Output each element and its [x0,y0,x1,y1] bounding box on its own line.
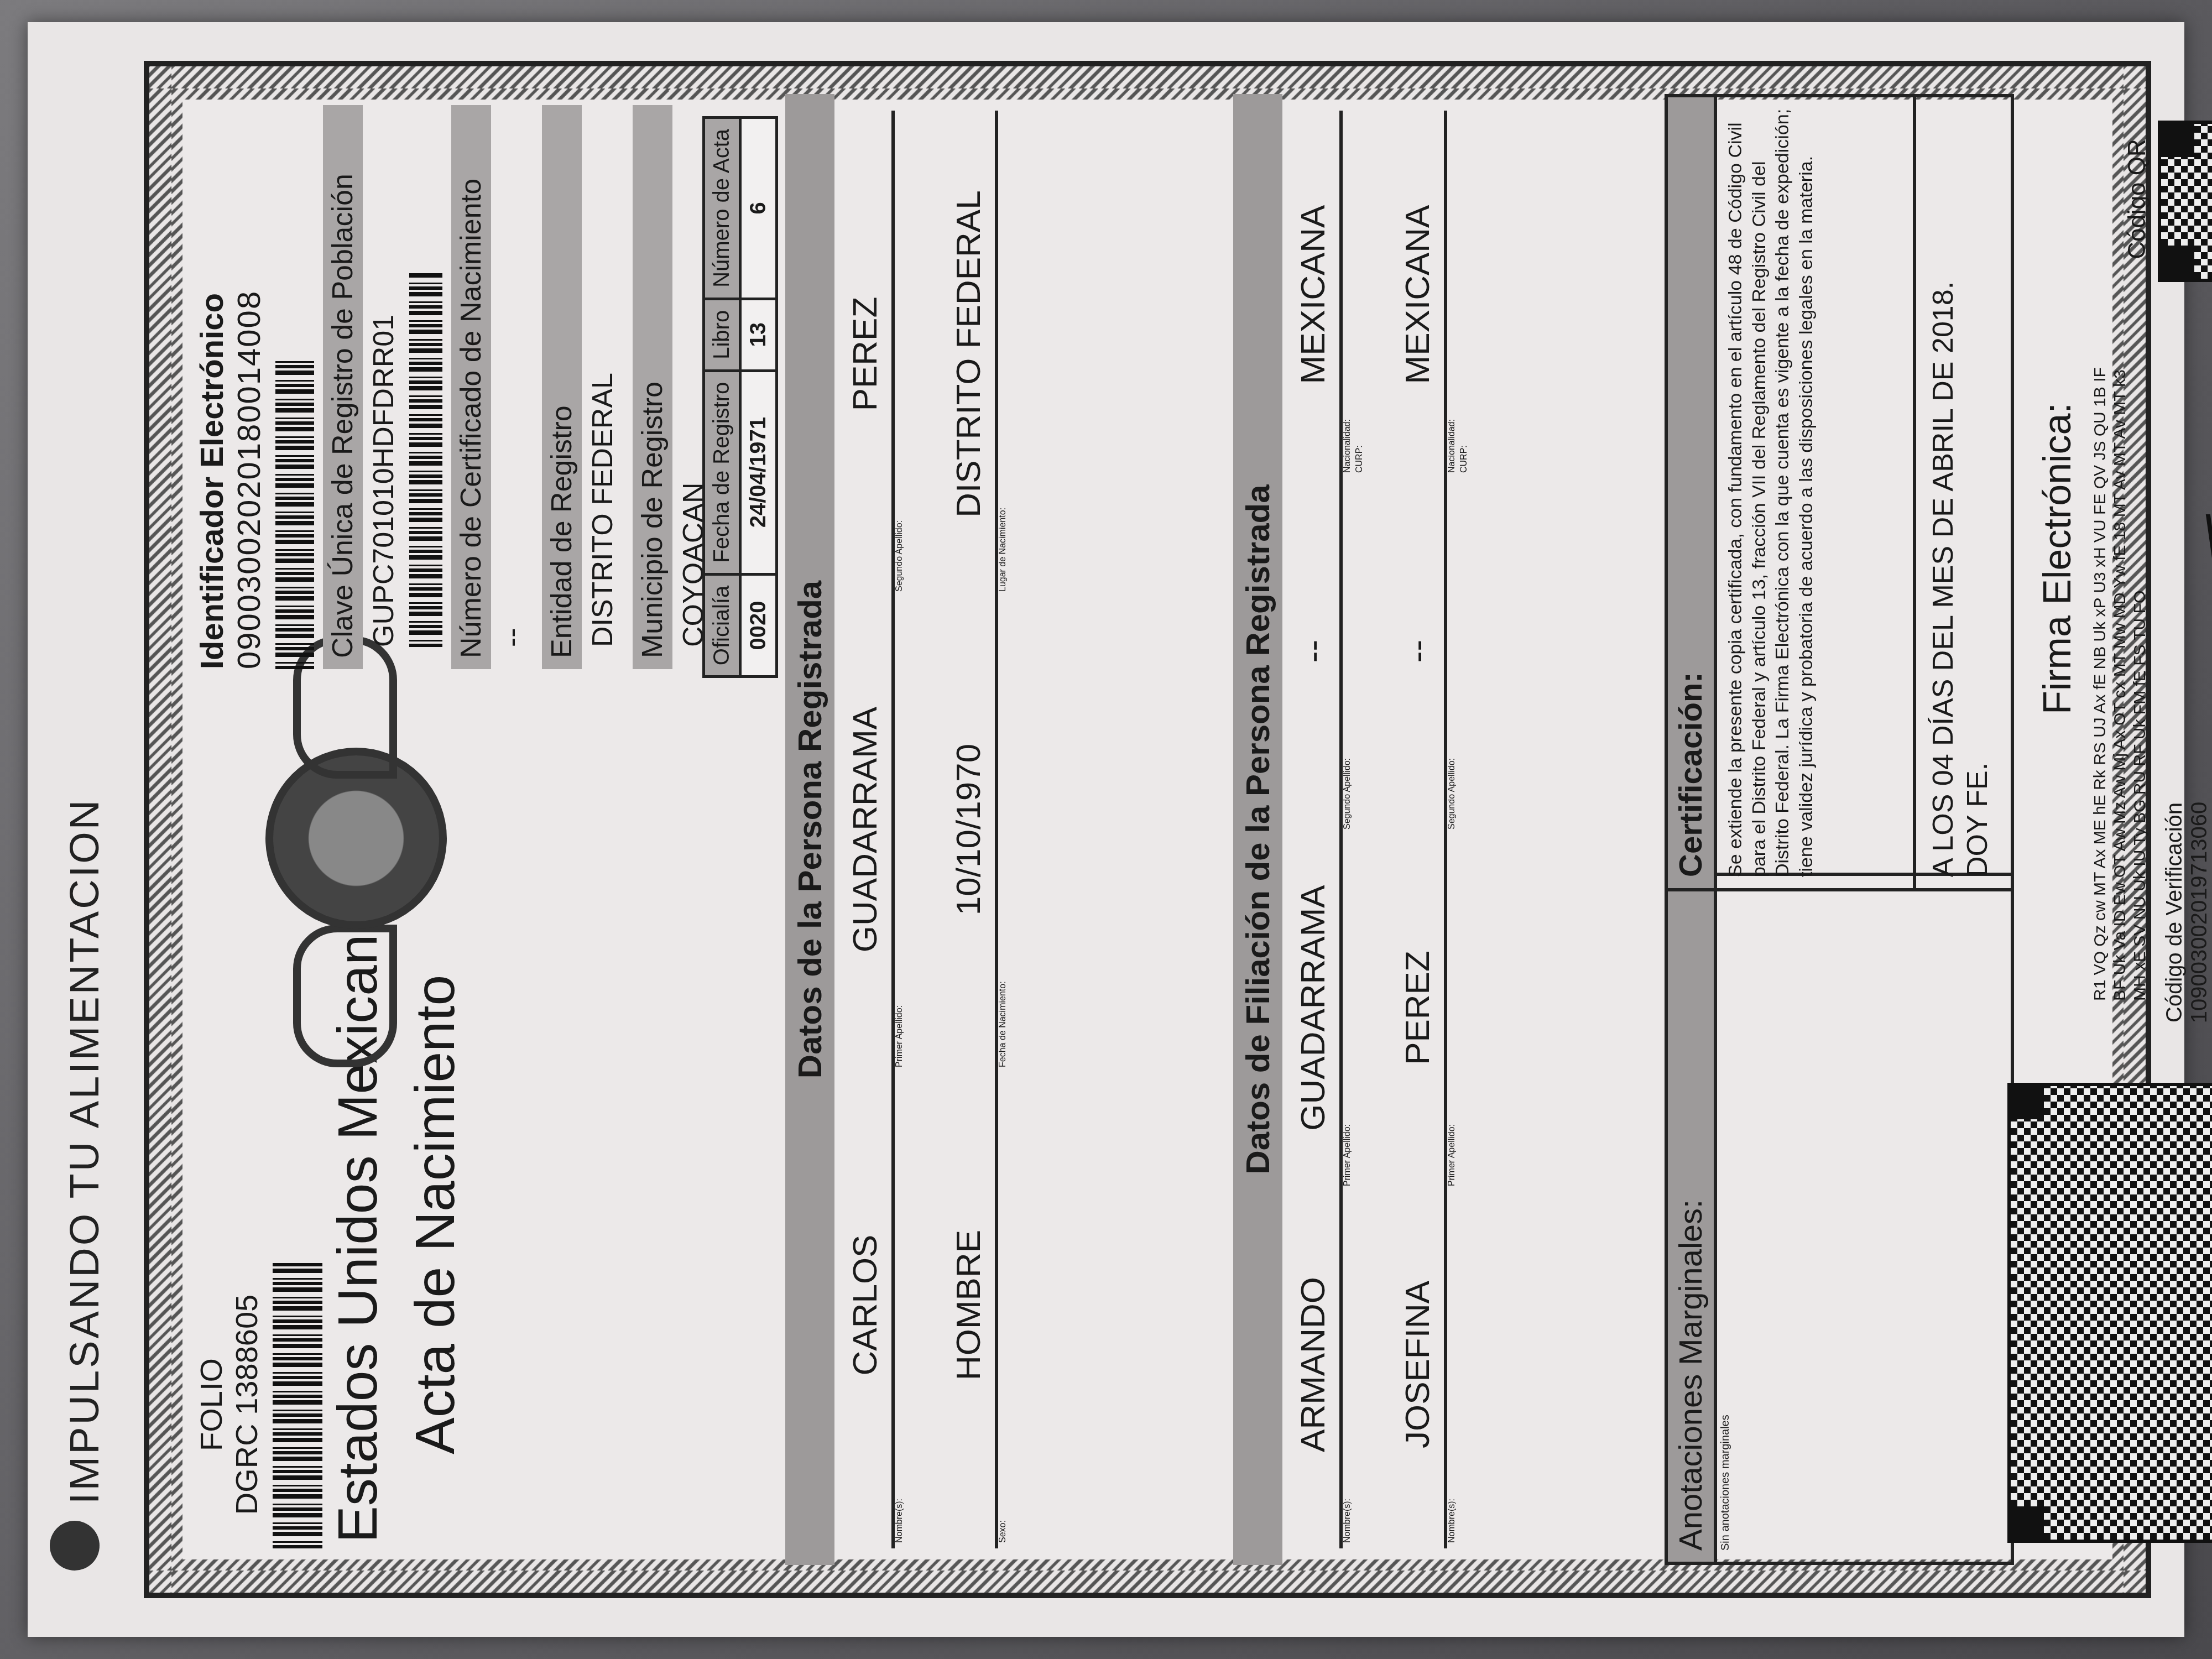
table-header: Oficialía [704,574,740,677]
label: Primer Apellido: [1343,830,1353,1186]
registry-state-label: Entidad de Registro [542,105,582,669]
table-header: Fecha de Registro [704,371,740,574]
person-first-surname: GUADARRAMA [846,592,885,1067]
table-cell: 24/04/1971 [740,371,777,574]
doy-fe: DOY FE. [1960,108,1995,877]
label: Fecha de Nacimiento: [998,592,1008,1067]
verification-qr-code-icon [2007,1083,2212,1543]
annotations-title: Anotaciones Marginales: [1668,876,1717,1562]
father-nationality: MEXICANA [1293,116,1333,473]
label: Lugar de Nacimiento: [998,116,1008,592]
tagline: IMPULSANDO TU ALIMENTACION [61,798,108,1504]
table-cell: 0020 [740,574,777,677]
annotations-note: Sin anotaciones marginales [1717,876,1734,1562]
registry-state-value: DISTRITO FEDERAL [582,105,624,669]
mother-first-name: JOSEFINA [1398,1186,1437,1543]
certification-box: Certificación: Se extiende la presente c… [1665,94,2014,891]
father-first-name: ARMANDO [1293,1186,1333,1543]
signature-title: Firma Electrónica: [2035,116,2079,1001]
label: CURP: [1459,116,1469,473]
mother-first-surname: PEREZ [1398,830,1437,1186]
mother-nationality: MEXICANA [1398,116,1437,473]
label: Segundo Apellido: [895,116,905,592]
table-cell: 13 [740,299,777,371]
qr-label: Código QR [2124,116,2151,282]
label: Primer Apellido: [1447,830,1457,1186]
curp-barcode-icon [409,271,442,647]
certification-title: Certificación: [1668,97,1717,888]
person-birth-date: 10/10/1970 [949,592,988,1067]
label: Nombre(s): [895,1067,905,1543]
label: Nacionalidad: [1447,116,1457,473]
folio-value: DGRC 1388605 [229,1261,264,1548]
label: Sexo: [998,1067,1008,1543]
identifier-block: Identificador Electrónico 09003002020180… [194,105,714,669]
certificate-number-label: Número de Certificado de Nacimiento [451,105,491,669]
folio-label: FOLIO [194,1261,229,1548]
label: Nombre(s): [1447,1186,1457,1543]
mother-row: JOSEFINA PEREZ -- MEXICANA [1387,94,1437,1565]
table-header: Libro [704,299,740,371]
person-second-surname: PEREZ [846,116,885,592]
label: Primer Apellido: [895,592,905,1067]
section-title: Datos de Filiación de la Persona Registr… [1233,94,1282,1565]
person-first-name: CARLOS [846,1067,885,1543]
annotations-certification: Anotaciones Marginales: Sin anotaciones … [1665,94,2018,1565]
label: Nombre(s): [1343,1186,1353,1543]
person-birth-place: DISTRITO FEDERAL [949,116,988,592]
person-sex: HOMBRE [949,1067,988,1543]
electronic-id-value: 09003002020180014008 [231,105,268,669]
label: Segundo Apellido: [1447,473,1457,830]
electronic-id-label: Identificador Electrónico [194,105,231,669]
government-emblem-icon [50,1521,100,1571]
birth-certificate-page: IMPULSANDO TU ALIMENTACION FOLIO DGRC 13… [28,22,2184,1637]
signature-hash: R1 VQ Qz cw MT Ax ME hE Rk RS UJ Ax fE N… [2090,365,2150,1001]
registry-municipality-label: Municipio de Registro [633,105,672,669]
label: Segundo Apellido: [1343,473,1353,830]
folio-barcode-icon [273,1261,322,1548]
electronic-signature-block: Firma Electrónica: R1 VQ Qz cw MT Ax ME … [2035,116,2212,1001]
father-first-surname: GUADARRAMA [1293,830,1333,1186]
filiation-section: Datos de Filiación de la Persona Registr… [1233,94,1469,1565]
marginal-annotations-box: Anotaciones Marginales: Sin anotaciones … [1665,873,2014,1565]
father-row: ARMANDO GUADARRAMA -- MEXICANA [1282,94,1333,1565]
document-content: FOLIO DGRC 1388605 Estados Unidos Mexica… [171,94,2124,1565]
father-second-surname: -- [1293,473,1333,830]
folio-block: FOLIO DGRC 1388605 [194,1261,322,1548]
table-cell: 6 [740,118,777,299]
curp-value: GUPC701010HDFDRR01 [363,105,405,669]
certificate-number-value: -- [491,105,533,669]
mother-second-surname: -- [1398,473,1437,830]
certification-date: A LOS 04 DÍAS DEL MES DE ABRIL DE 2018. [1926,108,1960,877]
table-header: Número de Acta [704,118,740,299]
label: Nacionalidad: [1343,116,1353,473]
certification-text: Se extiende la presente copia certificad… [1717,97,1916,888]
registration-table: Oficialía Fecha de Registro Libro Número… [702,116,778,678]
signature-qr-code-icon [2158,121,2212,282]
label: CURP: [1355,116,1365,473]
curp-label: Clave Única de Registro de Población [323,105,363,669]
electronic-id-barcode-icon [275,359,314,669]
section-title: Datos de la Persona Registrada [785,94,834,1565]
registered-person-section: Datos de la Persona Registrada CARLOS GU… [785,94,1008,1565]
national-seal-icon [205,636,514,1067]
table-row: 0020 24/04/1971 13 6 [740,118,777,677]
